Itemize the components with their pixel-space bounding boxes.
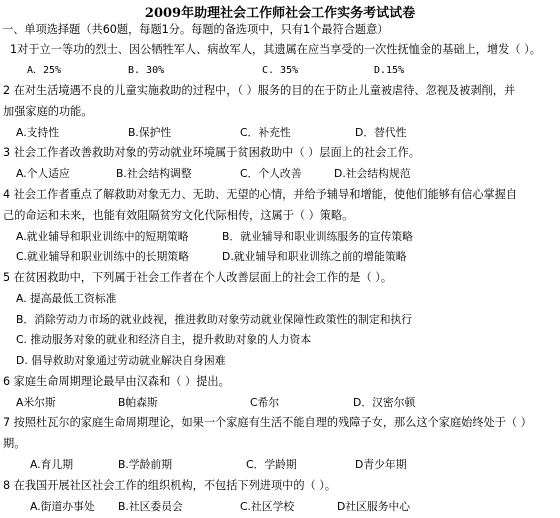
exam-document: 2009年助理社会工作师社会工作实务考试试卷 一、单项选择题（共60题，每题1分… bbox=[0, 0, 560, 518]
question-3-option-b: B.社会结构调整 bbox=[116, 167, 192, 181]
question-1-option-a: A．25% bbox=[27, 64, 61, 78]
question-1-option-d: D.15% bbox=[374, 64, 404, 78]
question-4-option-d: D.就业辅导和职业训练之前的增能策略 bbox=[222, 250, 407, 264]
question-6-option-c: C希尔 bbox=[250, 396, 279, 410]
question-4-option-a: A.就业辅导和职业训练中的短期策略 bbox=[16, 230, 189, 244]
question-2-option-b: B.保护性 bbox=[128, 126, 171, 140]
question-3-stem: 3 社会工作者改善救助对象的劳动就业环境属于贫困救助中（ ）层面上的社会工作。 bbox=[3, 146, 420, 160]
question-6-option-a: A米尔斯 bbox=[16, 396, 56, 410]
question-5-option-a: A. 提高最低工资标准 bbox=[16, 292, 116, 306]
question-2-option-a: A.支持性 bbox=[16, 126, 59, 140]
question-7-option-b: B.学龄前期 bbox=[118, 458, 172, 472]
question-7-stem-line-2: 期。 bbox=[3, 437, 25, 451]
question-4-option-c: C.就业辅导和职业训练中的长期策略 bbox=[16, 250, 189, 264]
question-2-stem-line-1: 2 在对生活境遇不良的儿童实施救助的过程中，（ ）服务的目的在于防止儿童被虐待、… bbox=[3, 84, 515, 98]
question-1-stem: 1对于立一等功的烈士、因公牺牲军人、病故军人，其遗属在应当享受的一次性抚恤金的基… bbox=[10, 43, 541, 57]
question-2-stem-line-2: 加强家庭的功能。 bbox=[3, 105, 93, 119]
question-6-option-d: D．汉密尔顿 bbox=[353, 396, 415, 410]
question-8-option-d: D社区服务中心 bbox=[337, 500, 410, 514]
question-7-option-a: A.育儿期 bbox=[30, 458, 73, 472]
question-4-stem-line-2: 己的命运和未来，也能有效阻隔贫穷文化代际相传，这属于（ ）策略。 bbox=[3, 209, 353, 223]
question-8-option-c: C.社区学校 bbox=[240, 500, 294, 514]
question-4-option-b: B．就业辅导和职业训练服务的宣传策略 bbox=[222, 230, 413, 244]
question-5-option-c: C. 推动服务对象的就业和经济自主，提升救助对象的人力资本 bbox=[16, 333, 311, 347]
question-8-option-a: A.街道办事处 bbox=[30, 500, 95, 514]
section-heading: 一、单项选择题（共60题，每题1分。每题的备选项中，只有1个最符合题意） bbox=[2, 23, 388, 37]
question-5-stem: 5 在贫困救助中，下列属于社会工作者在个人改善层面上的社会工作的是（ ）。 bbox=[3, 271, 392, 285]
question-3-option-c: C．个人改善 bbox=[240, 167, 302, 181]
question-7-stem-line-1: 7 按照杜瓦尔的家庭生命周期理论，如果一个家庭有生活不能自理的残障子女，那么这个… bbox=[3, 416, 532, 430]
question-1-option-c: C. 35% bbox=[262, 64, 298, 78]
question-8-option-b: B.社区委员会 bbox=[118, 500, 183, 514]
question-2-option-d: D．替代性 bbox=[355, 126, 407, 140]
question-7-option-d: D青少年期 bbox=[355, 458, 407, 472]
question-7-option-c: C．学龄期 bbox=[246, 458, 297, 472]
question-5-option-d: D. 倡导救助对象通过劳动就业解决自身困难 bbox=[16, 354, 226, 368]
question-4-stem-line-1: 4 社会工作者重点了解救助对象无力、无助、无望的心情，并给予辅导和增能，使他们能… bbox=[3, 188, 517, 202]
document-title: 2009年助理社会工作师社会工作实务考试试卷 bbox=[0, 2, 560, 21]
question-2-option-c: C．补充性 bbox=[240, 126, 291, 140]
question-1-option-b: B. 30% bbox=[128, 64, 164, 78]
question-6-stem: 6 家庭生命周期理论最早由汉森和（ ）提出。 bbox=[3, 375, 230, 389]
question-3-option-d: D.社会结构规范 bbox=[334, 167, 411, 181]
question-5-option-b: B．消除劳动力市场的就业歧视，推进救助对象劳动就业保障性政策性的制定和执行 bbox=[16, 313, 412, 327]
question-3-option-a: A.个人适应 bbox=[16, 167, 70, 181]
question-8-stem: 8 在我国开展社区社会工作的组织机构，不包括下列进项中的（ ）。 bbox=[3, 479, 336, 493]
question-6-option-b: B帕森斯 bbox=[118, 396, 158, 410]
